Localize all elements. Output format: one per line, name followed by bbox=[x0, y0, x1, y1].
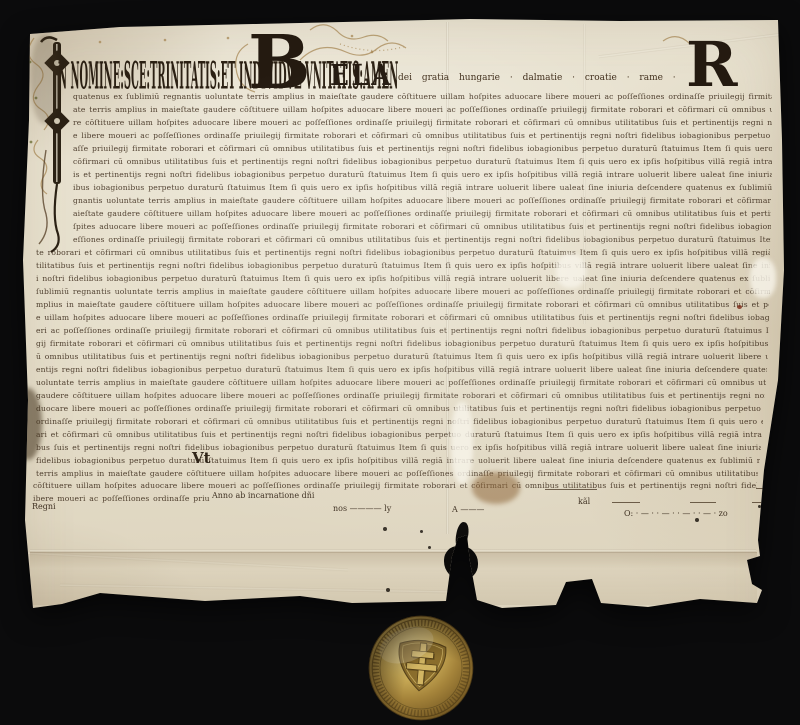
script-text-line: mplius in maieſtate gaudere cōſtituere u… bbox=[36, 300, 769, 311]
illuminated-initial-b: B bbox=[248, 26, 311, 100]
flourish-stroke bbox=[690, 502, 716, 503]
diagonal-crease-bottomleft bbox=[28, 552, 348, 572]
closing-fragment: Regni bbox=[32, 502, 56, 511]
speck bbox=[695, 518, 699, 522]
tear-hole-small bbox=[453, 521, 471, 551]
speck bbox=[420, 530, 423, 533]
flourish-stroke bbox=[545, 489, 597, 490]
brown-stain bbox=[472, 472, 520, 504]
flourish-stroke bbox=[752, 502, 778, 503]
photo-background: N NOMINE:SCE:TRINITATIS:ET INDIVIDVE VNI… bbox=[0, 0, 800, 725]
closing-fragment: kãl bbox=[578, 497, 590, 506]
script-text-line: terris amplius in maieſtate gaudere cōſt… bbox=[36, 469, 758, 480]
corner-stain bbox=[30, 34, 60, 124]
repair-patch bbox=[451, 402, 473, 484]
red-wax-dot bbox=[737, 305, 742, 309]
edge-stain bbox=[14, 388, 42, 460]
speck bbox=[428, 546, 431, 549]
closing-fragment: Anno ab incarnatione dñi bbox=[212, 491, 314, 500]
script-text-line: cōſtituere uillam hoſpites aduocare libe… bbox=[33, 481, 757, 492]
closing-fragment: nos ———— ly bbox=[333, 504, 391, 513]
repair-patch bbox=[750, 258, 776, 298]
script-text-line: uoluntate terris amplius in maieſtate ga… bbox=[36, 378, 766, 389]
script-text-line: is et pertinentijs regni noſtri fidelibu… bbox=[73, 170, 772, 181]
script-text-line: cōfirmari cū omnibus utilitatibus ſuis e… bbox=[73, 157, 772, 168]
script-text-line: ari et cōfirmari cū omnibus utilitatibus… bbox=[36, 430, 762, 441]
script-text-line: te roborari et cōfirmari cū omnibus util… bbox=[36, 248, 770, 259]
script-text-line: tilitatibus ſuis et pertinentijs regni n… bbox=[36, 261, 770, 272]
bela-letters: ELA bbox=[330, 58, 393, 92]
script-text-line: eſſiones ordinaſſe priuilegij firmitate … bbox=[73, 235, 771, 246]
flourish-stroke bbox=[756, 488, 784, 489]
script-text-line: fidelibus iobagionibus perpetuo duraturū… bbox=[36, 456, 760, 467]
script-text-line: i noſtri fidelibus iobagionibus perpetuo… bbox=[36, 274, 770, 285]
script-text-line: aieſtate gaudere cōſtituere uillam hoſpi… bbox=[73, 209, 771, 220]
script-text-line: ate terris amplius in maieſtate gaudere … bbox=[73, 105, 772, 116]
script-text-line: ibere moueri ac poſſeſſiones ordinaſſe p… bbox=[33, 494, 210, 505]
script-text-line: ordinaſſe priuilegij firmitate roborari … bbox=[36, 417, 763, 428]
seal-shadow-overlay bbox=[369, 616, 473, 720]
script-text-line: bus ſuis et pertinentijs regni noſtri fi… bbox=[36, 443, 761, 454]
plica-fold bbox=[30, 552, 757, 605]
repair-patch bbox=[556, 254, 586, 288]
script-text-line: eri ac poſſeſſiones ordinaſſe priuilegij… bbox=[36, 326, 769, 337]
script-text-line: e uillam hoſpites aduocare libere moueri… bbox=[36, 313, 769, 324]
flourish-stroke bbox=[612, 502, 640, 503]
script-text-line: e libere moueri ac poſſeſſiones ordinaſſ… bbox=[73, 131, 772, 142]
golden-bull-seal bbox=[367, 614, 475, 722]
royal-intitulatio: dei gratia hungarie · dalmatie · croatie… bbox=[398, 73, 680, 83]
cord-hole bbox=[386, 588, 390, 592]
tear-hole bbox=[444, 546, 478, 580]
closing-fragment: O: · — · · — · · — · · — · zo bbox=[624, 509, 728, 518]
script-text-line: aſſe priuilegij firmitate roborari et cō… bbox=[73, 144, 772, 155]
closing-fragment: Vt bbox=[192, 449, 211, 467]
script-text-line: re cōſtituere uillam hoſpites aduocare l… bbox=[73, 118, 772, 129]
script-text-line: ū omnibus utilitatibus ſuis et pertinent… bbox=[36, 352, 768, 363]
closing-fragment: A ——— bbox=[452, 505, 484, 514]
illuminated-initial-r: R bbox=[686, 34, 738, 96]
script-text-line: entijs regni noſtri fidelibus iobagionib… bbox=[36, 365, 767, 376]
cord-hole bbox=[383, 527, 387, 531]
horizontal-crease-low bbox=[60, 584, 450, 594]
script-text-line: ibus iobagionibus perpetuo duraturū ſtat… bbox=[73, 183, 772, 194]
script-text-line: gij firmitate roborari et cōfirmari cū o… bbox=[36, 339, 768, 350]
script-text-line: quatenus ex ſublimiū regnantis uoluntate… bbox=[73, 92, 772, 103]
script-text-line: ſublimiū regnantis uoluntate terris ampl… bbox=[36, 287, 770, 298]
horizontal-fold-crease bbox=[30, 549, 756, 552]
speck bbox=[758, 505, 761, 508]
script-text-line: gaudere cōſtituere uillam hoſpites aduoc… bbox=[36, 391, 765, 402]
script-text-line: gnantis uoluntate terris amplius in maie… bbox=[73, 196, 771, 207]
script-text-line: duocare libere moueri ac poſſeſſiones or… bbox=[36, 404, 764, 415]
script-text-line: ſpites aduocare libere moueri ac poſſeſſ… bbox=[73, 222, 771, 233]
